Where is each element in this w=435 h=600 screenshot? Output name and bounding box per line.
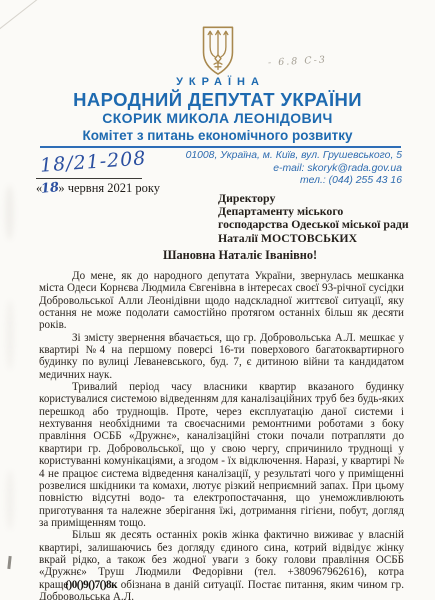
letterhead-title: НАРОДНИЙ ДЕПУТАТ УКРАЇНИ: [0, 89, 435, 111]
paragraph-1: До мене, як до народного депутата Україн…: [39, 270, 404, 332]
scan-smudge: [6, 470, 14, 530]
salutation: Шановна Наталіє Іванівно!: [163, 248, 317, 263]
scan-smudge: [5, 185, 14, 240]
ref-underline: [36, 178, 142, 179]
handwritten-ref-number: 18/21-208: [39, 147, 147, 176]
deputy-name: СКОРИК МИКОЛА ЛЕОНІДОВИЧ: [0, 110, 435, 126]
paragraph-3: Тривалий період часу власники квартир вк…: [39, 381, 404, 529]
pencil-annotation: - 6.8 С-3: [268, 54, 327, 68]
contact-email: e-mail: skoryk@rada.gov.ua: [186, 163, 402, 176]
paragraph-4: Більш як десять останніх років жінка фак…: [39, 529, 404, 600]
scanned-letter-page: - 6.8 С-3 УКРАЇНА НАРОДНИЙ ДЕПУТАТ УКРАЇ…: [0, 0, 435, 600]
stamp-overprint-artifact: ()0()9()7()8к: [65, 579, 117, 591]
recipient-block: Директору Департаменту міського господар…: [218, 192, 409, 245]
recipient-line: Наталії МОСТОВСЬКИХ: [218, 232, 409, 245]
scan-smudge: [6, 300, 14, 370]
country-label: УКРАЇНА: [0, 76, 435, 88]
recipient-line: господарства Одеської міської ради: [218, 218, 409, 231]
contact-phone: тел.: (044) 255 43 16: [186, 175, 402, 188]
tryzub-icon: [199, 26, 237, 76]
coat-of-arms: [199, 26, 237, 81]
scan-edge-mark: [7, 556, 11, 569]
committee-line: Комітет з питань економічного розвитку: [0, 128, 435, 143]
date-printed: » червня 2021 року: [58, 181, 160, 195]
header-divider: [40, 146, 401, 148]
date-line: «18» червня 2021 року: [36, 181, 160, 196]
handwritten-day: 18: [41, 180, 61, 197]
letter-body: До мене, як до народного депутата Україн…: [39, 270, 404, 600]
paragraph-2: Зі змісту звернення вбачається, що гр. Д…: [39, 332, 404, 381]
scan-corner-artifact: [0, 0, 39, 31]
contact-block: 01008, Україна, м. Київ, вул. Грушевсько…: [186, 150, 402, 188]
contact-address: 01008, Україна, м. Київ, вул. Грушевсько…: [186, 150, 402, 163]
